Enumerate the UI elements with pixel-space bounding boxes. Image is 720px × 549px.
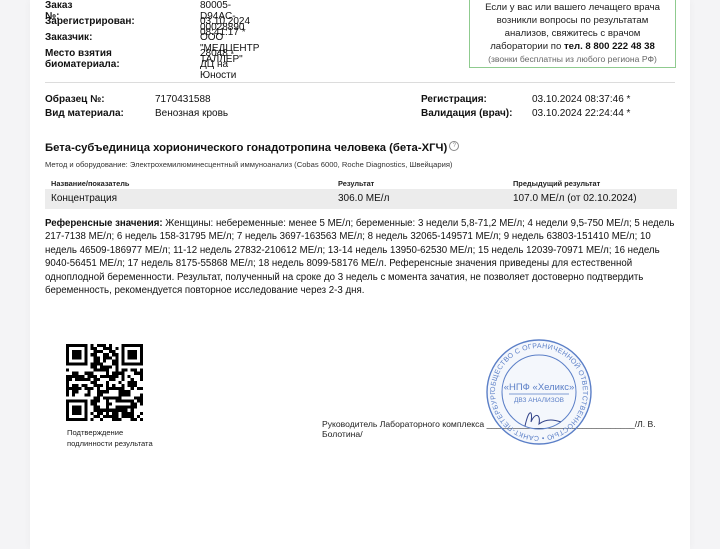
- contact-line-4-prefix: лаборатории по: [490, 41, 564, 52]
- customer-label: Заказчик:: [45, 32, 92, 43]
- material-label: Вид материала:: [45, 108, 124, 119]
- registered-label: Зарегистрирован:: [45, 16, 135, 27]
- divider: [45, 82, 675, 83]
- collection-site-label: Место взятия биоматериала:: [45, 48, 120, 70]
- sample-number-value: 7170431588: [155, 94, 211, 105]
- help-icon[interactable]: ?: [449, 141, 459, 151]
- contact-phone[interactable]: тел. 8 800 222 48 38: [564, 41, 655, 52]
- reference-values: Референсные значения: Женщины: неберемен…: [45, 217, 677, 297]
- test-title-text: Бета-субъединица хорионического гонадотр…: [45, 142, 447, 154]
- contact-line-1: Если у вас или вашего лечащего врача: [470, 1, 675, 14]
- row-result: 306.0 МЕ/л: [338, 193, 389, 204]
- test-method: Метод и оборудование: Электрохемилюминес…: [45, 160, 452, 169]
- stamp-subtitle: ДВЗ АНАЛИЗОВ: [514, 397, 564, 404]
- test-title: Бета-субъединица хорионического гонадотр…: [45, 141, 459, 154]
- column-header-name: Название/показатель: [51, 179, 129, 188]
- qr-code[interactable]: [66, 344, 143, 421]
- lab-report-page: Заказ №: 80005-D94AC-00028890 Зарегистри…: [30, 0, 690, 549]
- lab-stamp: ОБЩЕСТВО С ОГРАНИЧЕННОЙ ОТВЕТСТВЕННОСТЬЮ…: [485, 338, 593, 446]
- registration-value: 03.10.2024 08:37:46 *: [532, 94, 630, 105]
- qr-caption: Подтверждение подлинности результата: [67, 427, 153, 449]
- contact-line-2: возникли вопросы по результатам: [470, 14, 675, 27]
- registration-label: Регистрация:: [421, 94, 487, 105]
- column-header-result: Результат: [338, 179, 374, 188]
- sample-row-1: Образец №: 7170431588 Регистрация: 03.10…: [45, 94, 675, 108]
- qr-caption-line-1: Подтверждение: [67, 427, 153, 438]
- collection-site-value: 28048 - ДЦ на Юности: [200, 48, 236, 81]
- qr-caption-line-2: подлинности результата: [67, 438, 153, 449]
- results-table-header: Название/показатель Результат Предыдущий…: [45, 176, 677, 189]
- contact-line-4: лаборатории по тел. 8 800 222 48 38: [470, 40, 675, 53]
- sample-number-label: Образец №:: [45, 94, 105, 105]
- results-table: Название/показатель Результат Предыдущий…: [45, 176, 677, 209]
- reference-values-label: Референсные значения:: [45, 218, 163, 229]
- sample-row-2: Вид материала: Венозная кровь Валидация …: [45, 108, 675, 122]
- reference-values-text: Женщины: небеременные: менее 5 МЕ/л; бер…: [45, 218, 674, 296]
- row-name: Концентрация: [51, 193, 117, 204]
- material-value: Венозная кровь: [155, 108, 228, 119]
- contact-line-3: анализов, свяжитесь с врачом: [470, 27, 675, 40]
- validation-label: Валидация (врач):: [421, 108, 512, 119]
- column-header-previous: Предыдущий результат: [513, 179, 600, 188]
- row-previous-result: 107.0 МЕ/л (от 02.10.2024): [513, 193, 637, 204]
- contact-info-box: Если у вас или вашего лечащего врача воз…: [469, 0, 676, 68]
- validation-value: 03.10.2024 22:24:44 *: [532, 108, 630, 119]
- table-row: Концентрация 306.0 МЕ/л 107.0 МЕ/л (от 0…: [45, 189, 677, 209]
- stamp-company-name: «НПФ «Хеликс»: [504, 382, 575, 393]
- contact-note: (звонки бесплатны из любого региона РФ): [470, 53, 675, 66]
